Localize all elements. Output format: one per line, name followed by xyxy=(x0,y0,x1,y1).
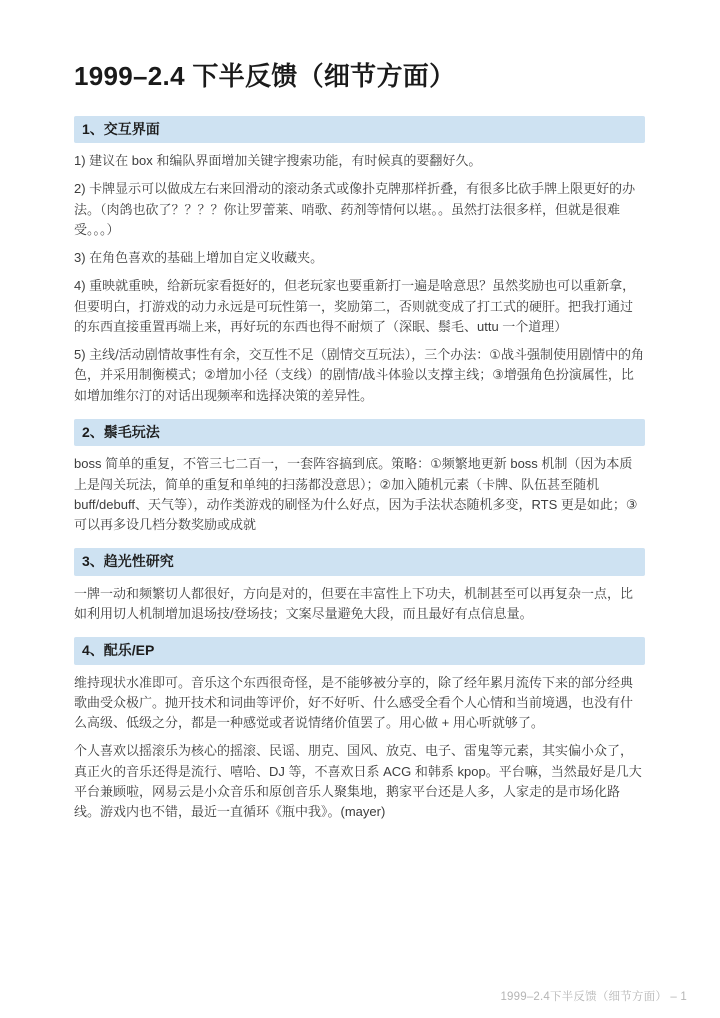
paragraph: 2) 卡牌显示可以做成左右来回滑动的滚动条式或像扑克牌那样折叠，有很多比砍手牌上… xyxy=(74,179,645,240)
section-heading-1: 1、交互界面 xyxy=(74,116,645,143)
paragraph: 一牌一动和频繁切人都很好，方向是对的，但要在丰富性上下功夫，机制甚至可以再复杂一… xyxy=(74,584,645,625)
document-content: 1999–2.4 下半反馈（细节方面） 1、交互界面 1) 建议在 box 和编… xyxy=(0,0,720,822)
section-heading-2: 2、鬃毛玩法 xyxy=(74,419,645,446)
paragraph: boss 简单的重复，不管三七二百一，一套阵容搞到底。策略：①频繁地更新 bos… xyxy=(74,454,645,535)
paragraph: 3) 在角色喜欢的基础上增加自定义收藏夹。 xyxy=(74,248,645,268)
paragraph: 维持现状水准即可。音乐这个东西很奇怪，是不能够被分享的，除了经年累月流传下来的部… xyxy=(74,673,645,734)
paragraph: 4) 重映就重映，给新玩家看挺好的，但老玩家也要重新打一遍是啥意思？虽然奖励也可… xyxy=(74,276,645,337)
paragraph: 1) 建议在 box 和编队界面增加关键字搜索功能，有时候真的要翻好久。 xyxy=(74,151,645,171)
page-footer: 1999–2.4下半反馈（细节方面） – 1 xyxy=(500,988,687,1004)
document-page: 1999–2.4 下半反馈（细节方面） 1、交互界面 1) 建议在 box 和编… xyxy=(0,0,720,1018)
section-interaction-ui: 1、交互界面 1) 建议在 box 和编队界面增加关键字搜索功能，有时候真的要翻… xyxy=(74,116,645,406)
section-phototaxis-research: 3、趋光性研究 一牌一动和频繁切人都很好，方向是对的，但要在丰富性上下功夫，机制… xyxy=(74,548,645,624)
section-heading-4: 4、配乐/EP xyxy=(74,637,645,664)
paragraph: 5) 主线/活动剧情故事性有余，交互性不足（剧情交互玩法），三个办法：①战斗强制… xyxy=(74,345,645,406)
paragraph: 个人喜欢以摇滚乐为核心的摇滚、民谣、朋克、国风、放克、电子、雷鬼等元素，其实偏小… xyxy=(74,741,645,822)
page-title: 1999–2.4 下半反馈（细节方面） xyxy=(74,60,645,94)
section-heading-3: 3、趋光性研究 xyxy=(74,548,645,575)
section-music-ep: 4、配乐/EP 维持现状水准即可。音乐这个东西很奇怪，是不能够被分享的，除了经年… xyxy=(74,637,645,822)
section-mane-gameplay: 2、鬃毛玩法 boss 简单的重复，不管三七二百一，一套阵容搞到底。策略：①频繁… xyxy=(74,419,645,535)
